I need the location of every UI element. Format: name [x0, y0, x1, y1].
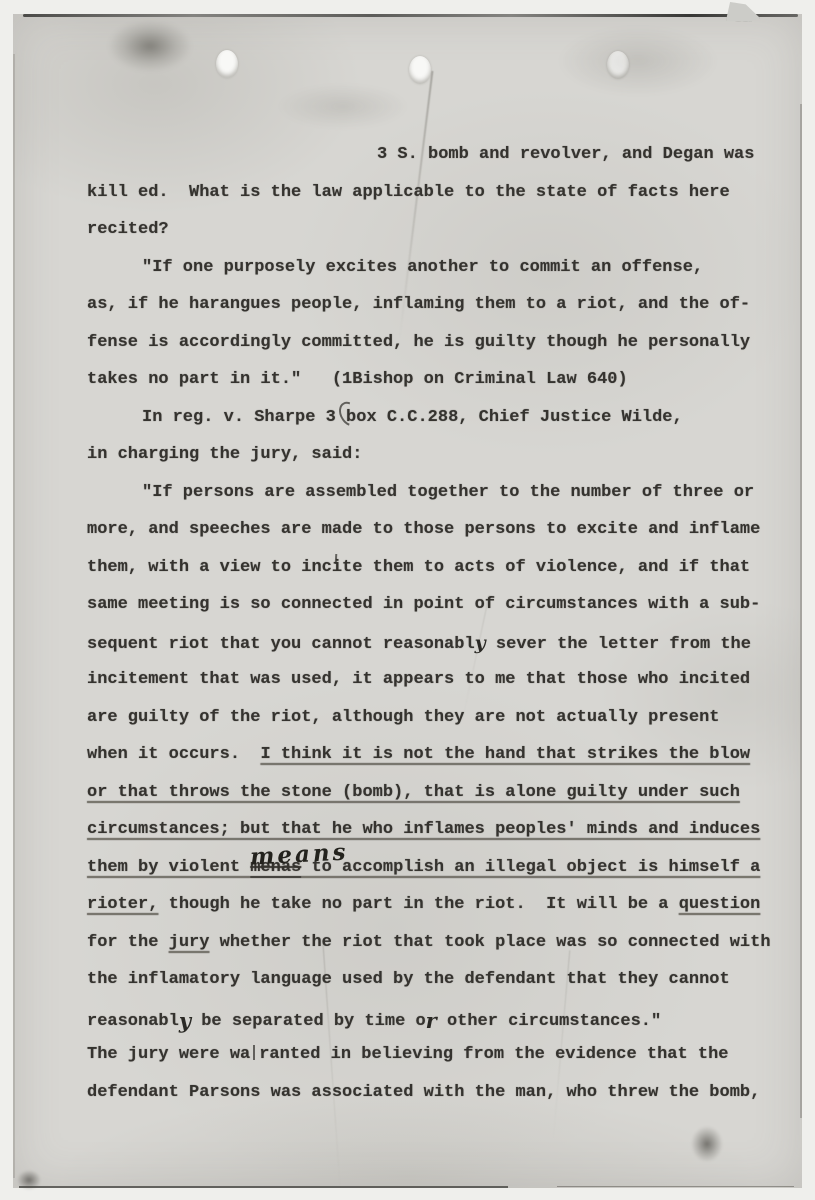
- typed-text: "If persons are assembled together to th…: [142, 483, 754, 502]
- corrected-word: box: [346, 408, 377, 427]
- ink-smudge: [558, 26, 718, 96]
- typed-text: The jury were wa: [87, 1045, 250, 1064]
- handwritten-letter: y: [475, 632, 486, 654]
- typed-line: "If one purposely excites another to com…: [87, 249, 788, 287]
- underlined-text: circumstances; but that he who inflames …: [87, 820, 760, 839]
- typed-line: The jury were waranted in believing from…: [87, 1036, 788, 1074]
- ink-smudge: [17, 1170, 41, 1190]
- typed-line: them, with a view to incite them to acts…: [87, 549, 788, 587]
- typed-text: in charging the jury, said:: [87, 445, 362, 464]
- typed-text: more, and speeches are made to those per…: [87, 520, 760, 539]
- paper-top-edge: [23, 14, 798, 17]
- typed-text: them, with a view to: [87, 558, 301, 577]
- typed-text: reasonabl: [87, 1012, 179, 1031]
- typed-text: the inflamatory language used by the def…: [87, 970, 730, 989]
- scanned-document: 3 S. bomb and revolver, and Degan waskil…: [0, 0, 815, 1200]
- typed-text: "If one purposely excites another to com…: [142, 258, 703, 277]
- underlined-text: question: [679, 895, 761, 914]
- paper-right-edge: [800, 104, 802, 1118]
- underlined-text: jury: [169, 933, 210, 952]
- typed-text: fense is accordingly committed, he is gu…: [87, 333, 750, 352]
- paper-sheet: 3 S. bomb and revolver, and Degan waskil…: [13, 14, 802, 1188]
- handwritten-correction: means: [249, 833, 349, 876]
- typed-text: 3 S. bomb and revolver, and Degan was: [377, 145, 754, 164]
- typed-line: kill ed. What is the law applicable to t…: [87, 174, 788, 212]
- paper-bottom-edge: [557, 1186, 794, 1187]
- typed-line: them by violent menasmeans to accomplish…: [87, 849, 788, 887]
- typed-text-block: 3 S. bomb and revolver, and Degan waskil…: [87, 136, 788, 1111]
- typed-line: are guilty of the riot, although they ar…: [87, 699, 788, 737]
- ink-smudge: [278, 84, 408, 129]
- typed-line: recited?: [87, 211, 788, 249]
- typed-text: be separated by time o: [191, 1012, 426, 1031]
- punch-hole: [216, 50, 238, 78]
- typed-text: sever the letter from the: [486, 635, 751, 654]
- typed-text: defendant Parsons was associated with th…: [87, 1083, 760, 1102]
- paper-left-edge: [13, 54, 15, 1178]
- typed-text: incitement that was used, it appears to …: [87, 670, 750, 689]
- typed-line: 3 S. bomb and revolver, and Degan was: [87, 136, 788, 174]
- typed-text: are guilty of the riot, although they ar…: [87, 708, 720, 727]
- struck-word: menasmeans: [250, 858, 301, 877]
- typed-text: ranted in believing from the evidence th…: [259, 1045, 728, 1064]
- typed-line: more, and speeches are made to those per…: [87, 511, 788, 549]
- typed-text: kill ed. What is the law applicable to t…: [87, 183, 730, 202]
- typed-text: other circumstances.": [437, 1012, 661, 1031]
- typed-text: them to acts of violence, and if that: [362, 558, 750, 577]
- typed-line: for the jury whether the riot that took …: [87, 924, 788, 962]
- typed-line: "If persons are assembled together to th…: [87, 474, 788, 512]
- typed-text: whether the riot that took place was so …: [209, 933, 770, 952]
- typed-text: when it occurs.: [87, 745, 260, 764]
- typed-line: takes no part in it." (1Bishop on Crimin…: [87, 361, 788, 399]
- handwritten-letter: y: [179, 1008, 191, 1033]
- underlined-text: I think it is not the hand that strikes …: [260, 745, 750, 764]
- insertion-stroke: [253, 1045, 255, 1060]
- typed-line: sequent riot that you cannot reasonably …: [87, 624, 788, 662]
- ink-smudge: [108, 20, 192, 72]
- torn-corner-flap: [726, 2, 760, 22]
- typed-line: when it occurs. I think it is not the ha…: [87, 736, 788, 774]
- typed-line: as, if he harangues people, inflaming th…: [87, 286, 788, 324]
- typed-line: defendant Parsons was associated with th…: [87, 1074, 788, 1112]
- ink-smudge: [691, 1126, 723, 1162]
- underlined-text: rioter,: [87, 895, 158, 914]
- typed-text: for the: [87, 933, 169, 952]
- underlined-text: or that throws the stone (bomb), that is…: [87, 783, 740, 802]
- underlined-text: them by violent: [87, 858, 250, 877]
- typed-line: circumstances; but that he who inflames …: [87, 811, 788, 849]
- typed-text: C.C.288, Chief Justice Wilde,: [377, 408, 683, 427]
- typed-line: in charging the jury, said:: [87, 436, 788, 474]
- typed-text: as, if he harangues people, inflaming th…: [87, 295, 750, 314]
- punch-hole: [409, 56, 431, 84]
- typed-line: or that throws the stone (bomb), that is…: [87, 774, 788, 812]
- handwritten-letter: r: [426, 1008, 437, 1033]
- typed-line: In reg. v. Sharpe 3 box C.C.288, Chief J…: [87, 399, 788, 437]
- marked-word: incite: [301, 558, 362, 577]
- typed-text: recited?: [87, 220, 169, 239]
- typed-line: same meeting is so connected in point of…: [87, 586, 788, 624]
- typed-line: the inflamatory language used by the def…: [87, 961, 788, 999]
- typed-line: reasonably be separated by time or other…: [87, 999, 788, 1037]
- typed-text: In reg. v. Sharpe 3: [142, 408, 346, 427]
- typed-line: fense is accordingly committed, he is gu…: [87, 324, 788, 362]
- underlined-text: to accomplish an illegal object is himse…: [301, 858, 760, 877]
- typed-text: sequent riot that you cannot reasonabl: [87, 635, 475, 654]
- typed-text: takes no part in it." (1Bishop on Crimin…: [87, 370, 628, 389]
- typed-line: incitement that was used, it appears to …: [87, 661, 788, 699]
- paper-bottom-edge: [19, 1186, 508, 1188]
- typed-text: same meeting is so connected in point of…: [87, 595, 760, 614]
- typed-text: though he take no part in the riot. It w…: [158, 895, 678, 914]
- typed-line: rioter, though he take no part in the ri…: [87, 886, 788, 924]
